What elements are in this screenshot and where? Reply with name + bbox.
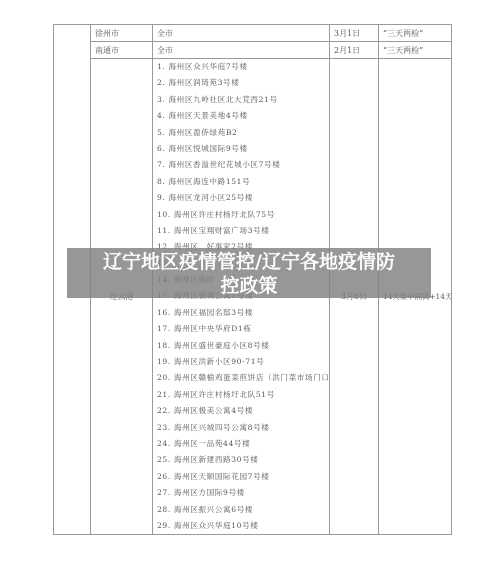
policy-cell: “三天两检”	[379, 42, 452, 59]
site-item: 22. 海州区极美公寓4号楼	[157, 403, 325, 419]
site-item: 1. 海州区众兴华庭7号楼	[157, 59, 325, 75]
site-item: 20. 海州区赣榆鸡蛋菜煎饼店（洪门菜市场门口）	[157, 370, 325, 386]
site-item: 29. 海州区众兴华庭10号楼	[157, 518, 325, 534]
site-item: 24. 海州区一品苑44号楼	[157, 436, 325, 452]
site-item: 19. 海州区洪新小区90-71号	[157, 354, 325, 370]
site-item: 17. 海州区中央华府D1栋	[157, 321, 325, 337]
scope-cell: 全市	[153, 25, 330, 42]
site-item: 27. 海州区方国际9号楼	[157, 485, 325, 501]
table-row-nantong: 南通市 全市 2月1日 “三天两检”	[54, 42, 452, 59]
policy-cell: “三天两检”	[379, 25, 452, 42]
site-item: 23. 海州区兴城四号公寓8号楼	[157, 420, 325, 436]
site-item: 28. 海州区振兴公寓6号楼	[157, 502, 325, 518]
banner-title-line2: 控政策	[67, 274, 431, 298]
banner-title-line1: 辽宁地区疫情管控/辽宁各地疫情防	[67, 250, 431, 274]
scope-cell: 全市	[153, 42, 330, 59]
site-item: 9. 海州区龙河小区25号楼	[157, 190, 325, 206]
city-cell: 徐州市	[91, 25, 153, 42]
site-item: 21. 海州区许庄村杨圩北队51号	[157, 387, 325, 403]
site-item: 10. 海州区许庄村杨圩北队75号	[157, 207, 325, 223]
document-page: 徐州市 全市 3月1日 “三天两检” 南通市 全市 2月1日 “三天两检” 连云…	[0, 0, 500, 561]
site-item: 5. 海州区盈侨绿苑B2	[157, 125, 325, 141]
site-item: 6. 海州区悦城国际9号楼	[157, 141, 325, 157]
table-row-xuzhou: 徐州市 全市 3月1日 “三天两检”	[54, 25, 452, 42]
site-item: 8. 海州区海连中路151号	[157, 174, 325, 190]
site-item: 11. 海州区宝翔财富广场3号楼	[157, 223, 325, 239]
site-item: 4. 海州区天景美地4号楼	[157, 108, 325, 124]
city-cell: 南通市	[91, 42, 153, 59]
site-item: 16. 海州区福园名邸3号楼	[157, 305, 325, 321]
date-cell: 2月1日	[330, 42, 379, 59]
site-item: 18. 海州区盛世豪庭小区8号楼	[157, 338, 325, 354]
date-cell: 3月1日	[330, 25, 379, 42]
site-item: 3. 海州区九岭社区北大荒西21号	[157, 92, 325, 108]
site-item: 2. 海州区润琦苑3号楼	[157, 75, 325, 91]
site-item: 25. 海州区新建西路30号楼	[157, 452, 325, 468]
title-banner: 辽宁地区疫情管控/辽宁各地疫情防 控政策	[67, 248, 431, 298]
site-item: 7. 海州区香溢世纪花城小区7号楼	[157, 157, 325, 173]
site-item: 26. 海州区天顺国际花园7号楼	[157, 469, 325, 485]
